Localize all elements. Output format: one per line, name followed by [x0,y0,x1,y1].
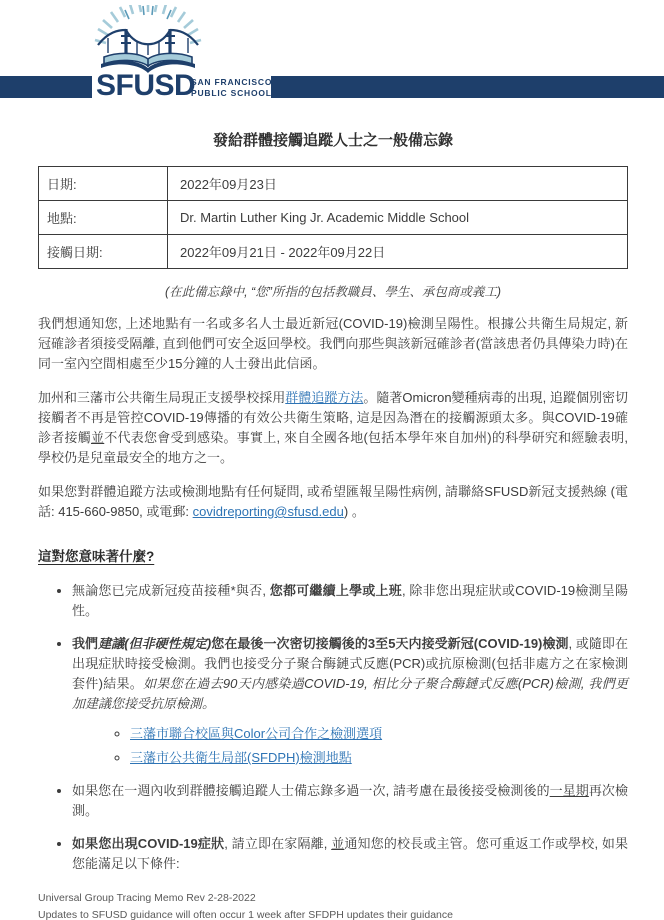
bullet-testing-recommendation-text: 我們建議(但非硬性規定)您在最後一次密切接觸後的3至5天内接受新冠(COVID-… [72,636,628,711]
text-segment: 我們想通知您, 上述地點有一名或多名人士最近新冠(COVID-19)檢測呈陽性。… [38,316,628,371]
date-label: 日期: [39,167,168,201]
text-segment: 如果您出現COVID-19症狀 [72,836,224,851]
color-testing-options-link[interactable]: 三藩市聯合校區與Color公司合作之檢測選項 [130,726,382,741]
location-label: 地點: [39,201,168,235]
testing-link-item-color: 三藩市聯合校區與Color公司合作之檢測選項 [130,724,628,744]
paragraph-notification: 我們想通知您, 上述地點有一名或多名人士最近新冠(COVID-19)檢測呈陽性。… [38,314,628,374]
date-value: 2022年09月23日 [168,167,628,201]
testing-link-item-sfdph: 三藩市公共衛生局部(SFDPH)檢測地點 [130,748,628,768]
sfusd-logo-icon [92,5,204,77]
header-bar-right [271,76,664,98]
bullet-continue-school-text: 無論您已完成新冠疫苗接種*與否, 您都可繼續上學或上班, 除非您出現症狀或COV… [72,583,628,618]
header: SFUSD SAN FRANCISCO PUBLIC SCHOOLS [0,0,664,116]
memo-page: SFUSD SAN FRANCISCO PUBLIC SCHOOLS 發給群體接… [0,0,664,920]
brand-subtitle-line1: SAN FRANCISCO [191,77,278,88]
text-segment: 並 [91,430,104,445]
footer-guidance-line: Updates to SFUSD guidance will often occ… [38,907,628,920]
info-table: 日期: 2022年09月23日 地點: Dr. Martin Luther Ki… [38,166,628,269]
text-segment: , 請立即在家隔離, [224,836,331,851]
exposure-dates-value: 2022年09月21日 - 2022年09月22日 [168,235,628,269]
paragraph-contact-support: 如果您對群體追蹤方法或檢測地點有任何疑問, 或希望匯報呈陽性病例, 請聯絡SFU… [38,482,628,522]
brand-subtitle: SAN FRANCISCO PUBLIC SCHOOLS [191,77,278,98]
text-segment: 不代表您會受到感染。事實上, 來自全國各地(包括本學年來自加州)的科學研究和經驗… [38,430,628,465]
bullet-multiple-memos: 如果您在一週內收到群體接觸追蹤人士備忘錄多過一次, 請考慮在最後接受檢測後的一星… [72,781,628,821]
text-segment: 您在最後一次密切接觸後的3至5天内接受新冠(COVID-19)檢測 [211,636,568,651]
brand-wordmark: SFUSD [96,69,195,103]
text-segment: 加州和三藩市公共衛生局現正支援學校採用 [38,390,285,405]
bullet-testing-recommendation: 我們建議(但非硬性規定)您在最後一次密切接觸後的3至5天内接受新冠(COVID-… [72,634,628,768]
bullet-continue-school: 無論您已完成新冠疫苗接種*與否, 您都可繼續上學或上班, 除非您出現症狀或COV… [72,581,628,621]
document-title: 發給群體接觸追蹤人士之一般備忘錄 [38,129,628,150]
brand-subtitle-line2: PUBLIC SCHOOLS [191,88,278,99]
inline-link[interactable]: covidreporting@sfusd.edu [193,504,344,519]
text-segment: 並 [331,836,344,851]
sfdph-testing-sites-link[interactable]: 三藩市公共衛生局部(SFDPH)檢測地點 [130,750,352,765]
bullet-symptoms-text: 如果您出現COVID-19症狀, 請立即在家隔離, 並通知您的校長或主管。您可重… [72,836,628,871]
text-segment: 如果您在過去90天内感染過COVID-19, 相比分子聚合酶鏈式反應(PCR)檢… [72,676,628,711]
memo-content: 發給群體接觸追蹤人士之一般備忘錄 日期: 2022年09月23日 地點: Dr.… [0,129,664,920]
text-segment: 您都可繼續上學或上班 [270,583,402,598]
text-segment: 我們 [72,636,98,651]
section-heading-what-it-means: 這對您意味著什麼? [38,545,628,565]
bullet-list: 無論您已完成新冠疫苗接種*與否, 您都可繼續上學或上班, 除非您出現症狀或COV… [38,581,628,874]
table-row-location: 地點: Dr. Martin Luther King Jr. Academic … [39,201,628,235]
bullet-symptoms: 如果您出現COVID-19症狀, 請立即在家隔離, 並通知您的校長或主管。您可重… [72,834,628,874]
inline-link[interactable]: 群體追蹤方法 [285,390,363,405]
text-segment: 建議(但非硬性規定) [98,636,211,651]
location-value: Dr. Martin Luther King Jr. Academic Midd… [168,201,628,235]
text-segment: 無論您已完成新冠疫苗接種*與否, [72,583,270,598]
exposure-dates-label: 接觸日期: [39,235,168,269]
footer-revision-line: Universal Group Tracing Memo Rev 2-28-20… [38,890,628,907]
header-bar-left [0,76,92,98]
table-row-exposure-dates: 接觸日期: 2022年09月21日 - 2022年09月22日 [39,235,628,269]
text-segment: 一星期 [550,783,589,798]
footer: Universal Group Tracing Memo Rev 2-28-20… [38,890,628,920]
table-row-date: 日期: 2022年09月23日 [39,167,628,201]
bullet-multiple-memos-text: 如果您在一週內收到群體接觸追蹤人士備忘錄多過一次, 請考慮在最後接受檢測後的一星… [72,783,628,818]
text-segment: ) 。 [344,504,365,519]
definition-note: (在此備忘錄中, “您”所指的包括教職員、學生、承包商或義工) [38,282,628,300]
paragraph-group-tracing: 加州和三藩市公共衛生局現正支援學校採用群體追蹤方法。隨著Omicron變種病毒的… [38,388,628,468]
testing-links-list: 三藩市聯合校區與Color公司合作之檢測選項 三藩市公共衛生局部(SFDPH)檢… [72,724,628,768]
text-segment: 如果您在一週內收到群體接觸追蹤人士備忘錄多過一次, 請考慮在最後接受檢測後的 [72,783,550,798]
